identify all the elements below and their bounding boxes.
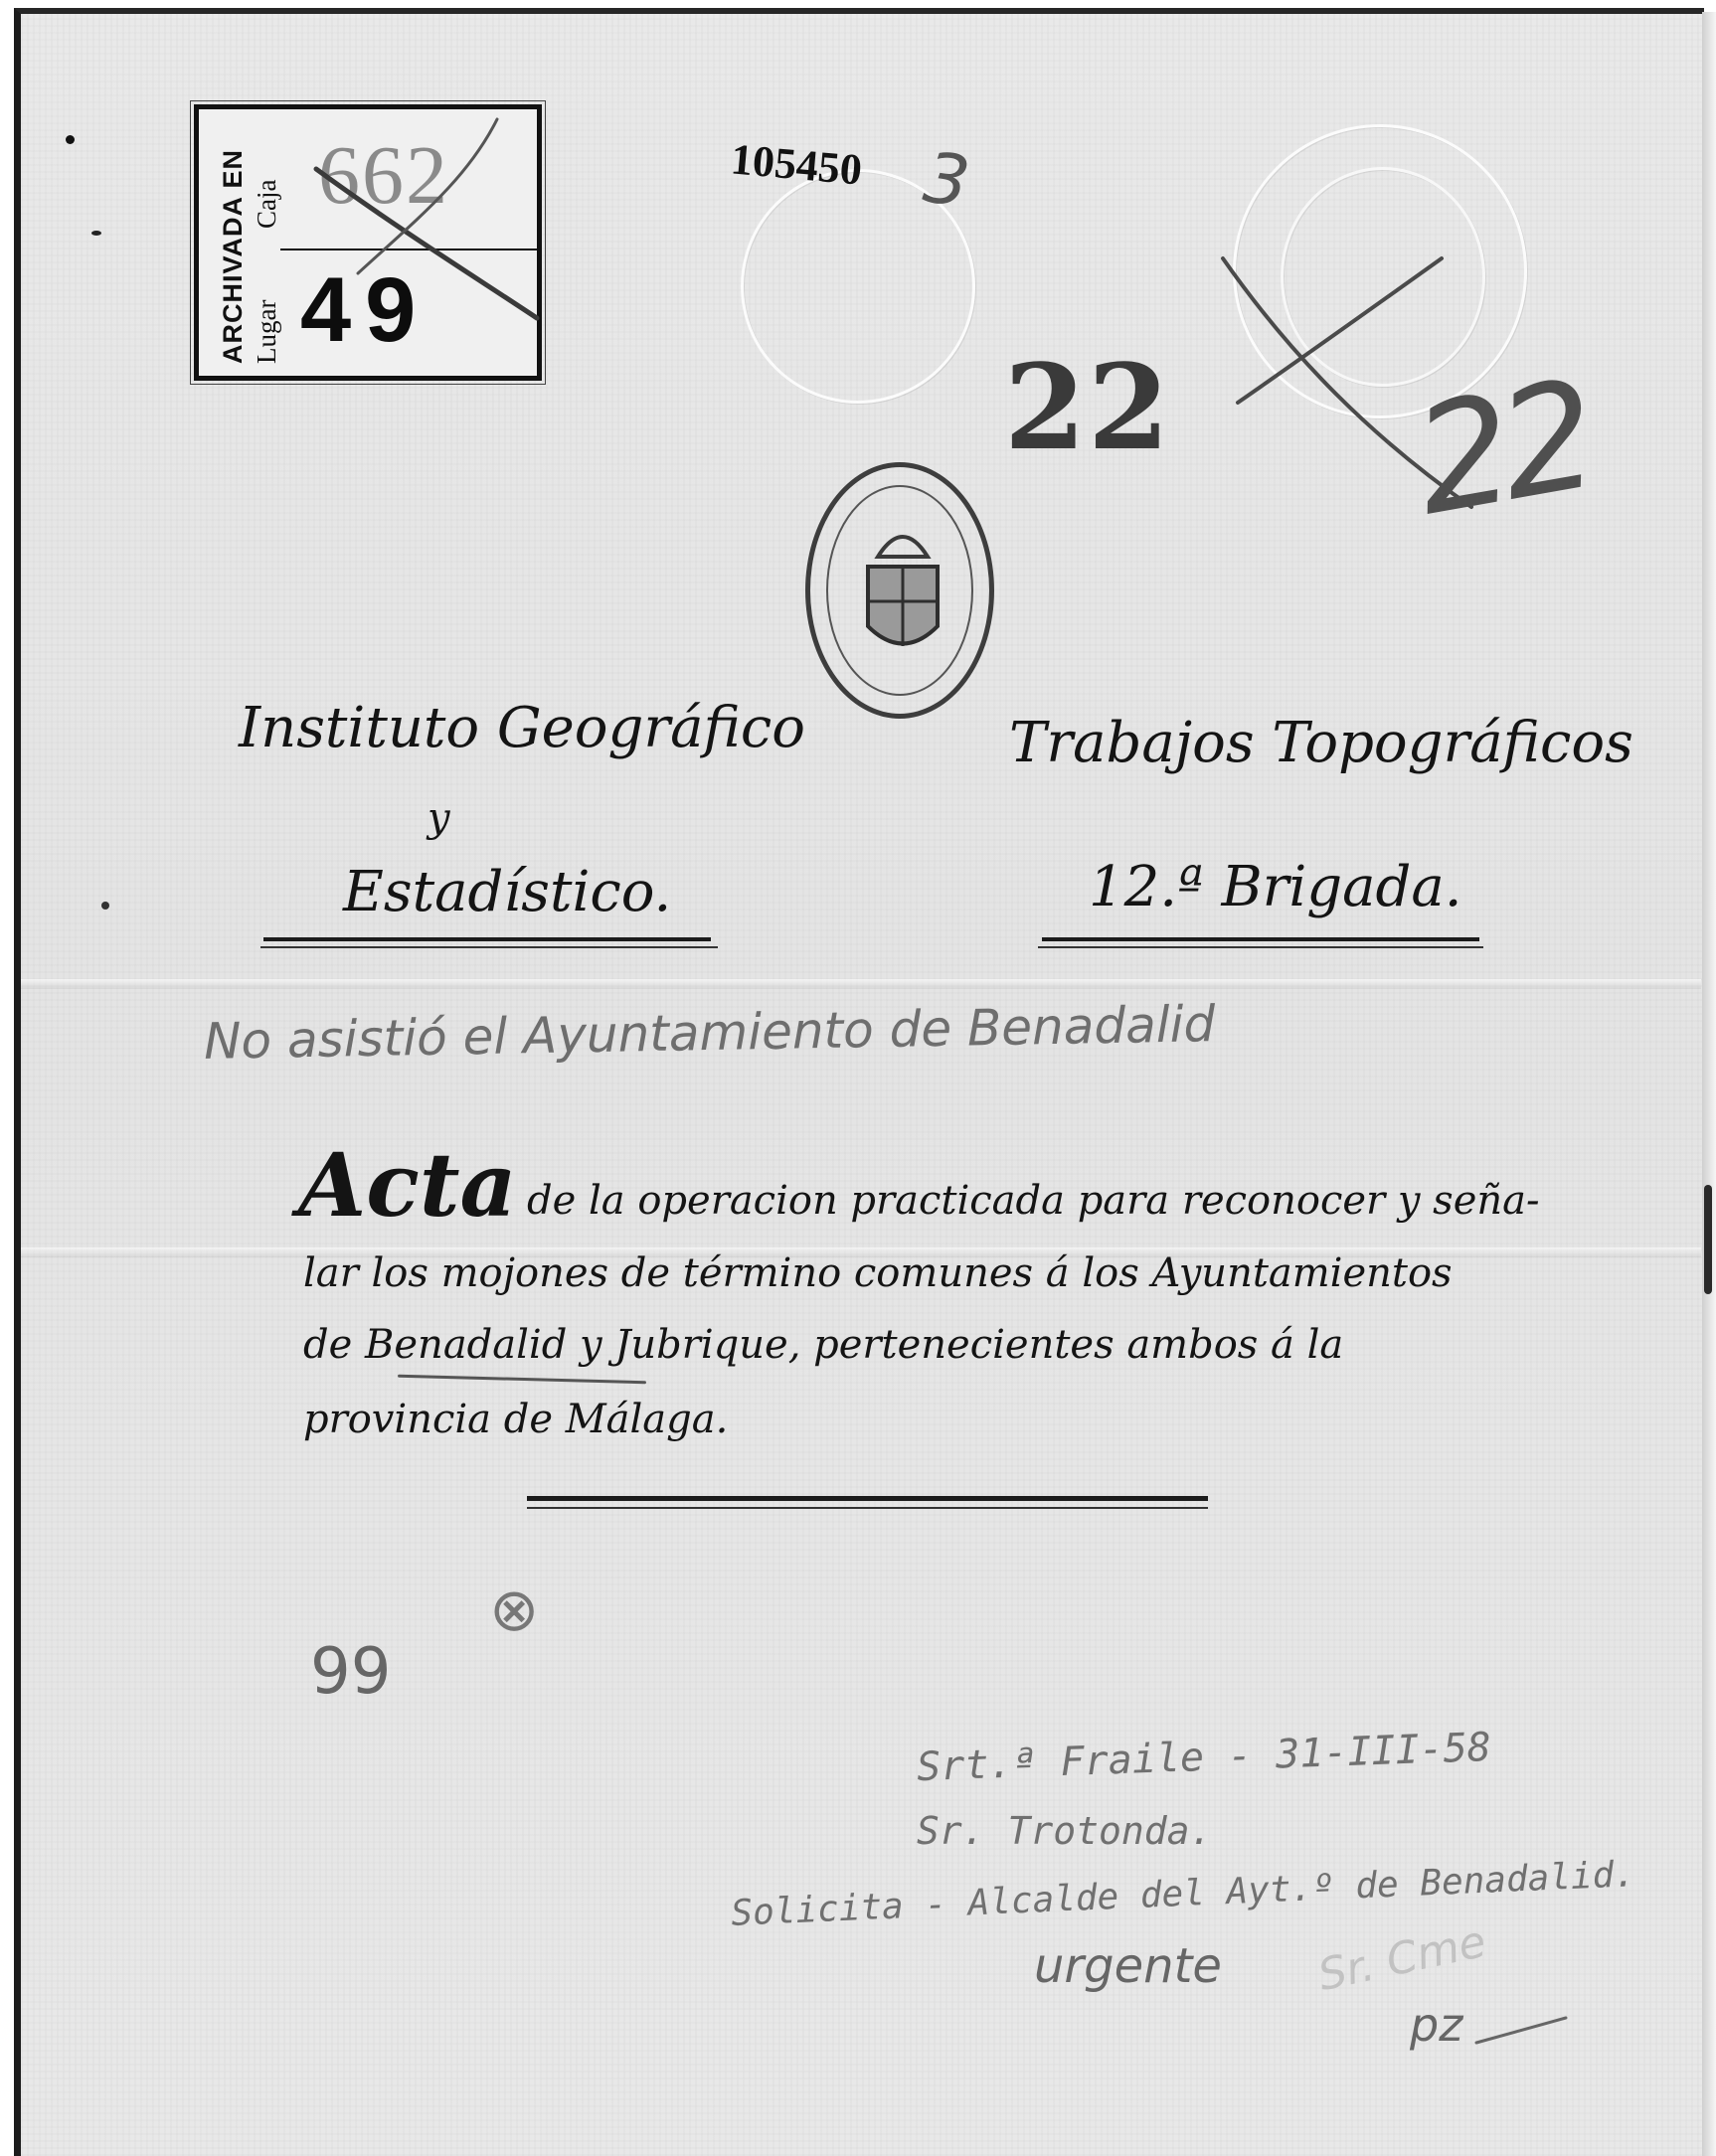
- margin-number: 99: [310, 1635, 391, 1709]
- acta-line-4: provincia de Málaga.: [303, 1397, 728, 1442]
- ink-speck: [101, 902, 109, 910]
- bottom-note-urgente: urgente: [1034, 1938, 1222, 1994]
- bottom-note-initials: pz: [1410, 1998, 1462, 2052]
- ink-speck: [66, 135, 75, 144]
- acta-closing-rule: [527, 1496, 1208, 1501]
- header-right-line2: 12.ª Brigada.: [1089, 855, 1462, 919]
- municipal-seal: AYUNTAMIENTO DE BENADALID: [805, 462, 994, 719]
- edge-stain: [1704, 1185, 1712, 1294]
- bottom-note-line2: Sr. Trotonda.: [917, 1809, 1212, 1853]
- header-left-line3: Estadístico.: [343, 860, 671, 924]
- page-edge: [1702, 12, 1716, 2156]
- cross-out-mark-icon: [199, 109, 542, 378]
- coat-of-arms-icon: [858, 517, 947, 666]
- header-left-underline-thin: [260, 946, 718, 948]
- acta-title: Acta: [298, 1133, 517, 1237]
- archive-stamp: ARCHIVADA EN Lugar Caja 662 49: [194, 104, 542, 381]
- header-right-line1: Trabajos Topográficos: [1009, 711, 1633, 775]
- ink-speck: [91, 231, 101, 236]
- header-right-underline: [1042, 937, 1479, 941]
- acta-line-1: de la operacion practicada para reconoce…: [527, 1178, 1540, 1224]
- acta-line-2: lar los mojones de término comunes á los…: [303, 1250, 1453, 1296]
- circle-x-icon: ⊗: [489, 1576, 539, 1645]
- acta-closing-rule-thin: [527, 1507, 1208, 1509]
- acta-line-3: de Benadalid y Jubrique, pertenecientes …: [303, 1322, 1343, 1368]
- header-left-line1: Instituto Geográfico: [239, 696, 805, 760]
- header-right-underline-thin: [1038, 946, 1483, 948]
- pencil-page-number: 22: [1403, 349, 1600, 549]
- header-left-underline: [263, 937, 711, 941]
- header-left-line2: y: [428, 795, 450, 841]
- page-number: 22: [1004, 338, 1171, 476]
- fold-crease: [21, 979, 1701, 989]
- initials-flourish-icon: [1471, 2013, 1571, 2053]
